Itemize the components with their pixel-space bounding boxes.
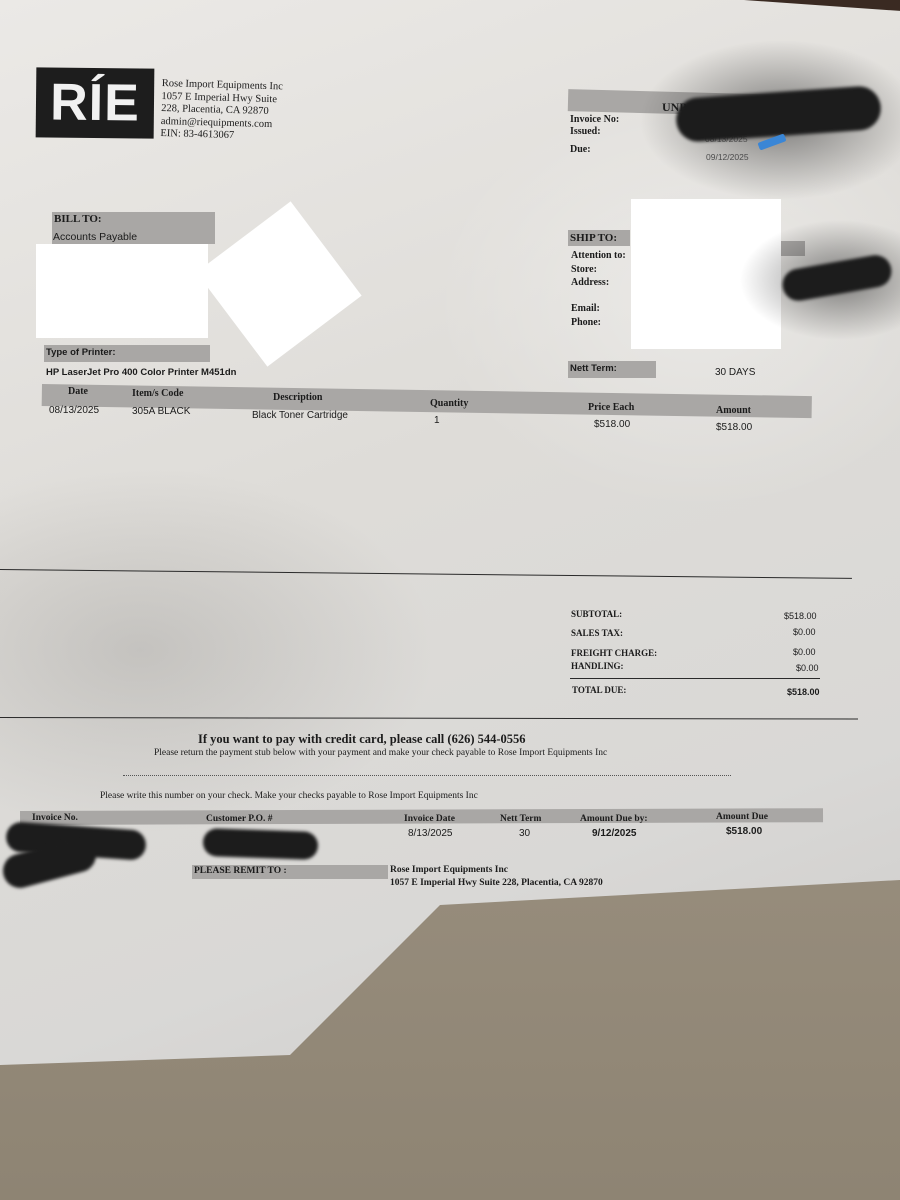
- total-label: TOTAL DUE:: [572, 685, 626, 695]
- remit-name: Rose Import Equipments Inc: [390, 865, 508, 875]
- store-label: Store:: [571, 263, 626, 277]
- tax-value: $0.00: [793, 627, 816, 637]
- item-quantity: 1: [434, 415, 440, 426]
- col-date: Date: [68, 386, 88, 397]
- item-code: 305A BLACK: [132, 406, 190, 417]
- bill-to-line1: Accounts Payable: [53, 231, 137, 243]
- stub-col-due-by: Amount Due by:: [580, 814, 648, 824]
- item-price: $518.00: [594, 419, 630, 430]
- subtotal-value: $518.00: [784, 611, 817, 621]
- redaction-box: [36, 244, 208, 338]
- ship-to-heading: SHIP TO:: [570, 232, 617, 244]
- address-label: Address:: [571, 276, 626, 290]
- item-date: 08/13/2025: [49, 405, 99, 416]
- check-note: Please write this number on your check. …: [100, 791, 478, 801]
- printer-value: HP LaserJet Pro 400 Color Printer M451dn: [46, 367, 236, 378]
- stub-invoice-date: 8/13/2025: [408, 828, 453, 839]
- item-amount: $518.00: [716, 422, 752, 433]
- redaction-mark: [203, 828, 319, 860]
- col-code: Item/s Code: [132, 388, 183, 399]
- subtotal-label: SUBTOTAL:: [571, 609, 622, 619]
- stub-amount-due: $518.00: [726, 826, 762, 837]
- terms-value: 30 DAYS: [715, 367, 755, 378]
- col-description: Description: [273, 392, 322, 403]
- attention-label: Attention to:: [571, 249, 626, 263]
- phone-label: Phone:: [571, 316, 601, 330]
- issued-label: Issued:: [570, 126, 619, 138]
- col-price: Price Each: [588, 402, 634, 413]
- freight-label: FREIGHT CHARGE:: [571, 648, 657, 658]
- item-description: Black Toner Cartridge: [252, 410, 348, 421]
- remit-label: PLEASE REMIT TO :: [194, 866, 287, 876]
- bill-to-heading: BILL TO:: [54, 213, 102, 225]
- totals-divider: [570, 678, 820, 679]
- col-quantity: Quantity: [430, 398, 468, 409]
- stub-nett-term: 30: [519, 828, 530, 839]
- col-amount: Amount: [716, 405, 751, 416]
- stub-col-invoice-no: Invoice No.: [32, 813, 78, 823]
- due-label: Due:: [570, 144, 591, 155]
- ship-to-labels: Attention to: Store: Address:: [571, 249, 626, 290]
- stub-col-po: Customer P.O. #: [206, 814, 273, 824]
- handling-value: $0.00: [796, 663, 819, 673]
- return-note: Please return the payment stub below wit…: [154, 748, 607, 758]
- invoice-no-label: Invoice No:: [570, 114, 619, 126]
- company-logo: RÍE: [36, 67, 155, 138]
- total-value: $518.00: [787, 687, 820, 697]
- cut-line: [123, 775, 731, 776]
- stub-col-invoice-date: Invoice Date: [404, 814, 455, 824]
- terms-label: Nett Term:: [570, 363, 617, 374]
- stub-col-term: Nett Term: [500, 814, 541, 824]
- company-info: Rose Import Equipments Inc 1057 E Imperi…: [160, 78, 283, 144]
- handling-label: HANDLING:: [571, 661, 624, 671]
- printer-label: Type of Printer:: [46, 347, 116, 358]
- credit-card-note: If you want to pay with credit card, ple…: [198, 732, 526, 747]
- ship-to-contact-labels: Email: Phone:: [571, 302, 601, 329]
- freight-value: $0.00: [793, 647, 816, 657]
- invoice-labels: Invoice No: Issued:: [570, 114, 619, 138]
- email-label: Email:: [571, 302, 601, 316]
- stub-col-amount: Amount Due: [716, 812, 768, 822]
- stub-due-by: 9/12/2025: [592, 828, 637, 839]
- remit-address: 1057 E Imperial Hwy Suite 228, Placentia…: [390, 878, 603, 888]
- tax-label: SALES TAX:: [571, 628, 623, 638]
